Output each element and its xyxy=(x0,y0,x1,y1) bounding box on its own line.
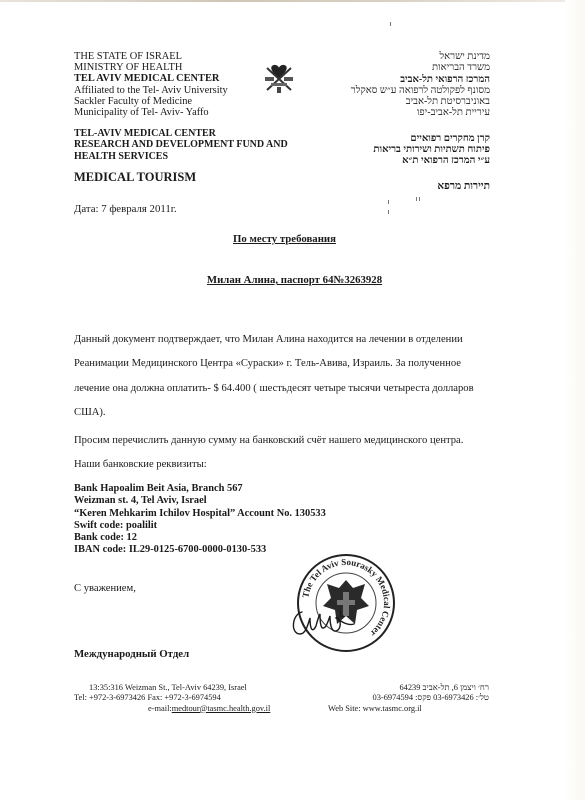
ministry-name-hebrew: משרד הבריאות xyxy=(351,62,490,73)
footer-phone-fax: Tel: +972-3-6973426 Fax: +972-3-6974594 xyxy=(74,693,270,703)
hospital-heart-emblem-icon xyxy=(263,64,295,94)
bank-address: Weizman st. 4, Tel Aviv, Israel xyxy=(74,495,326,507)
bank-name: Bank Hapoalim Beit Asia, Branch 567 xyxy=(74,483,326,495)
footer-hebrew-address: רח׳ ויצמן 6, תל-אביב 64239 xyxy=(373,683,489,693)
bank-details: Bank Hapoalim Beit Asia, Branch 567 Weiz… xyxy=(74,483,326,557)
fund-line-1: TEL-AVIV MEDICAL CENTER xyxy=(74,128,288,139)
fund-line-1-hebrew: קרן מחקרים רפואיים xyxy=(351,133,490,144)
letterhead-hebrew: מדינת ישראל משרד הבריאות המרכז הרפואי תל… xyxy=(351,51,490,192)
iban-code: IBAN code: IL29-0125-6700-0000-0130-533 xyxy=(74,544,326,556)
ministry-name: MINISTRY OF HEALTH xyxy=(74,62,288,73)
university-hebrew: באוניברסיטת תל-אביב xyxy=(351,96,490,107)
municipality: Municipality of Tel- Aviv- Yaffo xyxy=(74,107,288,118)
scan-right-edge xyxy=(565,0,585,800)
paragraph-line: лечение она должна оплатить- $ 64.400 ( … xyxy=(74,377,474,401)
footer-website[interactable]: Web Site: www.tasmc.org.il xyxy=(328,704,422,713)
department-title-hebrew: תיירות מרפא xyxy=(351,181,490,192)
bank-code: Bank code: 12 xyxy=(74,532,326,544)
paragraph-line: США). xyxy=(74,401,474,425)
footer-hebrew-contacts: רח׳ ויצמן 6, תל-אביב 64239 טל׳: 03-69734… xyxy=(373,683,489,704)
scan-artifact xyxy=(390,22,391,26)
fund-line-3-hebrew: ע״י המרכז הרפואי ת״א xyxy=(351,155,490,166)
affiliation: Affiliated to the Tel- Aviv University xyxy=(74,85,288,96)
email-link[interactable]: medtour@tasmc.health.gov.il xyxy=(172,704,271,713)
letter-body: Данный документ подтверждает, что Милан … xyxy=(74,328,474,477)
letter-addressee-title: По месту требования xyxy=(0,233,585,245)
scan-artifact xyxy=(388,210,389,214)
footer-address: 13:35:316 Weizman St., Tel-Aviv 64239, I… xyxy=(74,683,270,693)
letterhead-english: THE STATE OF ISRAEL MINISTRY OF HEALTH T… xyxy=(74,51,288,183)
affiliation-hebrew: מסונף לפקולטה לרפואה ע״ש סאקלר xyxy=(351,85,490,96)
scan-top-edge xyxy=(0,0,565,2)
scan-artifact xyxy=(388,200,389,204)
footer-email-line: e-mail:medtour@tasmc.health.gov.il xyxy=(74,704,270,714)
bank-account: “Keren Mehkarim Ichilov Hospital” Accoun… xyxy=(74,508,326,520)
signing-department: Международный Отдел xyxy=(74,648,189,660)
payment-request: Просим перечислить данную сумму на банко… xyxy=(74,429,474,453)
fund-line-3: HEALTH SERVICES xyxy=(74,151,288,162)
footer-contacts: 13:35:316 Weizman St., Tel-Aviv 64239, I… xyxy=(74,683,270,714)
footer-hebrew-phone: טל׳: 03-6973426 פקס: 03-6974594 xyxy=(373,693,489,703)
municipality-hebrew: עיריית תל-אביב-יפו xyxy=(351,107,490,118)
to-whom-text: По месту требования xyxy=(233,233,336,245)
paragraph-line: Реанимации Медицинского Центра «Сураски»… xyxy=(74,352,474,376)
email-label: e-mail: xyxy=(148,704,172,713)
patient-subject-line: Милан Алина, паспорт 64№3263928 xyxy=(0,274,585,286)
scan-artifact xyxy=(419,197,420,201)
paragraph-line: Данный документ подтверждает, что Милан … xyxy=(74,328,474,352)
department-title: MEDICAL TOURISM xyxy=(74,172,288,183)
swift-code: Swift code: poalilit xyxy=(74,520,326,532)
fund-line-2: RESEARCH AND DEVELOPMENT FUND AND xyxy=(74,139,288,150)
bank-intro: Наши банковские реквизиты: xyxy=(74,453,474,477)
handwritten-signature-icon xyxy=(288,604,358,644)
letter-date: Дата: 7 февраля 2011г. xyxy=(74,203,177,215)
faculty: Sackler Faculty of Medicine xyxy=(74,96,288,107)
state-name-hebrew: מדינת ישראל xyxy=(351,51,490,62)
scan-artifact xyxy=(416,197,417,201)
closing-regards: С уважением, xyxy=(74,583,136,594)
center-name: TEL AVIV MEDICAL CENTER xyxy=(74,73,288,84)
state-name: THE STATE OF ISRAEL xyxy=(74,51,288,62)
patient-subject-text: Милан Алина, паспорт 64№3263928 xyxy=(207,274,382,286)
fund-line-2-hebrew: פיתוח תשתיות ושירותי בריאות xyxy=(351,144,490,155)
center-name-hebrew: המרכז הרפואי תל-אביב xyxy=(351,74,490,85)
